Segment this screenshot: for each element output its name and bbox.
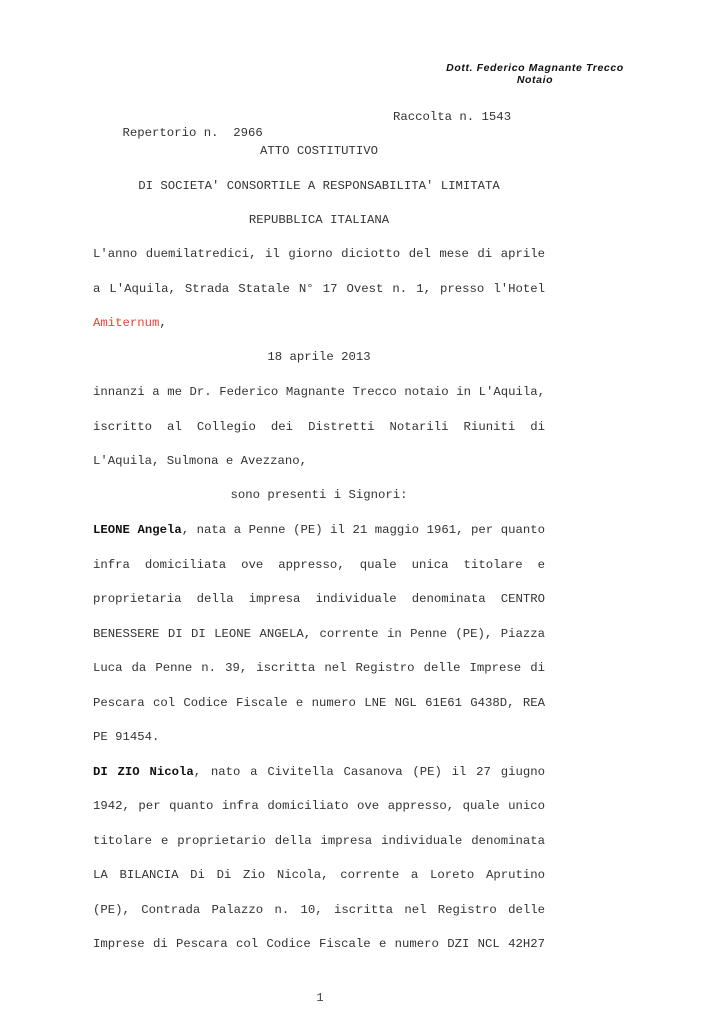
party2-line-3: titolare e proprietario della impresa in… <box>93 833 545 849</box>
party1-line-1-rest: , nata a Penne (PE) il 21 maggio 1961, p… <box>182 523 545 537</box>
party2-line-5: (PE), Contrada Palazzo n. 10, iscritta n… <box>93 902 545 918</box>
notary-name: Dott. Federico Magnante Trecco <box>420 62 650 74</box>
party2-name: DI ZIO Nicola <box>93 765 194 779</box>
title-line-3: REPUBBLICA ITALIANA <box>93 212 545 228</box>
party2-line-2: 1942, per quanto infra domiciliato ove a… <box>93 798 545 814</box>
repertorio-number: Repertorio n. 2966 <box>123 126 263 140</box>
title-line-1: ATTO COSTITUTIVO <box>93 143 545 159</box>
intro-line-3-rest: , <box>159 316 166 330</box>
notary-title: Notaio <box>420 74 650 86</box>
document-page: Dott. Federico Magnante Trecco Notaio Re… <box>0 0 724 1024</box>
party1-name: LEONE Angela <box>93 523 182 537</box>
party1-line-3: proprietaria della impresa individuale d… <box>93 591 545 607</box>
act-date: 18 aprile 2013 <box>93 349 545 365</box>
intro-line-3: Amiternum, <box>93 315 545 331</box>
intro-line-4: innanzi a me Dr. Federico Magnante Trecc… <box>93 384 545 400</box>
registry-line: Repertorio n. 2966 Raccolta n. 1543 <box>93 109 545 125</box>
notary-header: Dott. Federico Magnante Trecco Notaio <box>420 62 650 86</box>
party2-line-6: Imprese di Pescara col Codice Fiscale e … <box>93 936 545 952</box>
intro-line-1: L'anno duemilatredici, il giorno diciott… <box>93 246 545 262</box>
party2-line-1: DI ZIO Nicola, nato a Civitella Casanova… <box>93 764 545 780</box>
hotel-name-highlight: Amiternum <box>93 316 159 330</box>
party1-line-5: Luca da Penne n. 39, iscritta nel Regist… <box>93 660 545 676</box>
title-line-2: DI SOCIETA' CONSORTILE A RESPONSABILITA'… <box>93 178 545 194</box>
party1-line-7: PE 91454. <box>93 729 545 745</box>
present-heading: sono presenti i Signori: <box>93 487 545 503</box>
raccolta-number: Raccolta n. 1543 <box>393 109 511 125</box>
party2-line-1-rest: , nato a Civitella Casanova (PE) il 27 g… <box>194 765 545 779</box>
party1-line-4: BENESSERE DI DI LEONE ANGELA, corrente i… <box>93 626 545 642</box>
party1-line-1: LEONE Angela, nata a Penne (PE) il 21 ma… <box>93 522 545 538</box>
page-number: 1 <box>300 991 340 1005</box>
party1-line-6: Pescara col Codice Fiscale e numero LNE … <box>93 695 545 711</box>
party2-line-4: LA BILANCIA Di Di Zio Nicola, corrente a… <box>93 867 545 883</box>
intro-line-5: iscritto al Collegio dei Distretti Notar… <box>93 419 545 435</box>
party1-line-2: infra domiciliata ove appresso, quale un… <box>93 557 545 573</box>
intro-line-6: L'Aquila, Sulmona e Avezzano, <box>93 453 545 469</box>
intro-line-2: a L'Aquila, Strada Statale N° 17 Ovest n… <box>93 281 545 297</box>
